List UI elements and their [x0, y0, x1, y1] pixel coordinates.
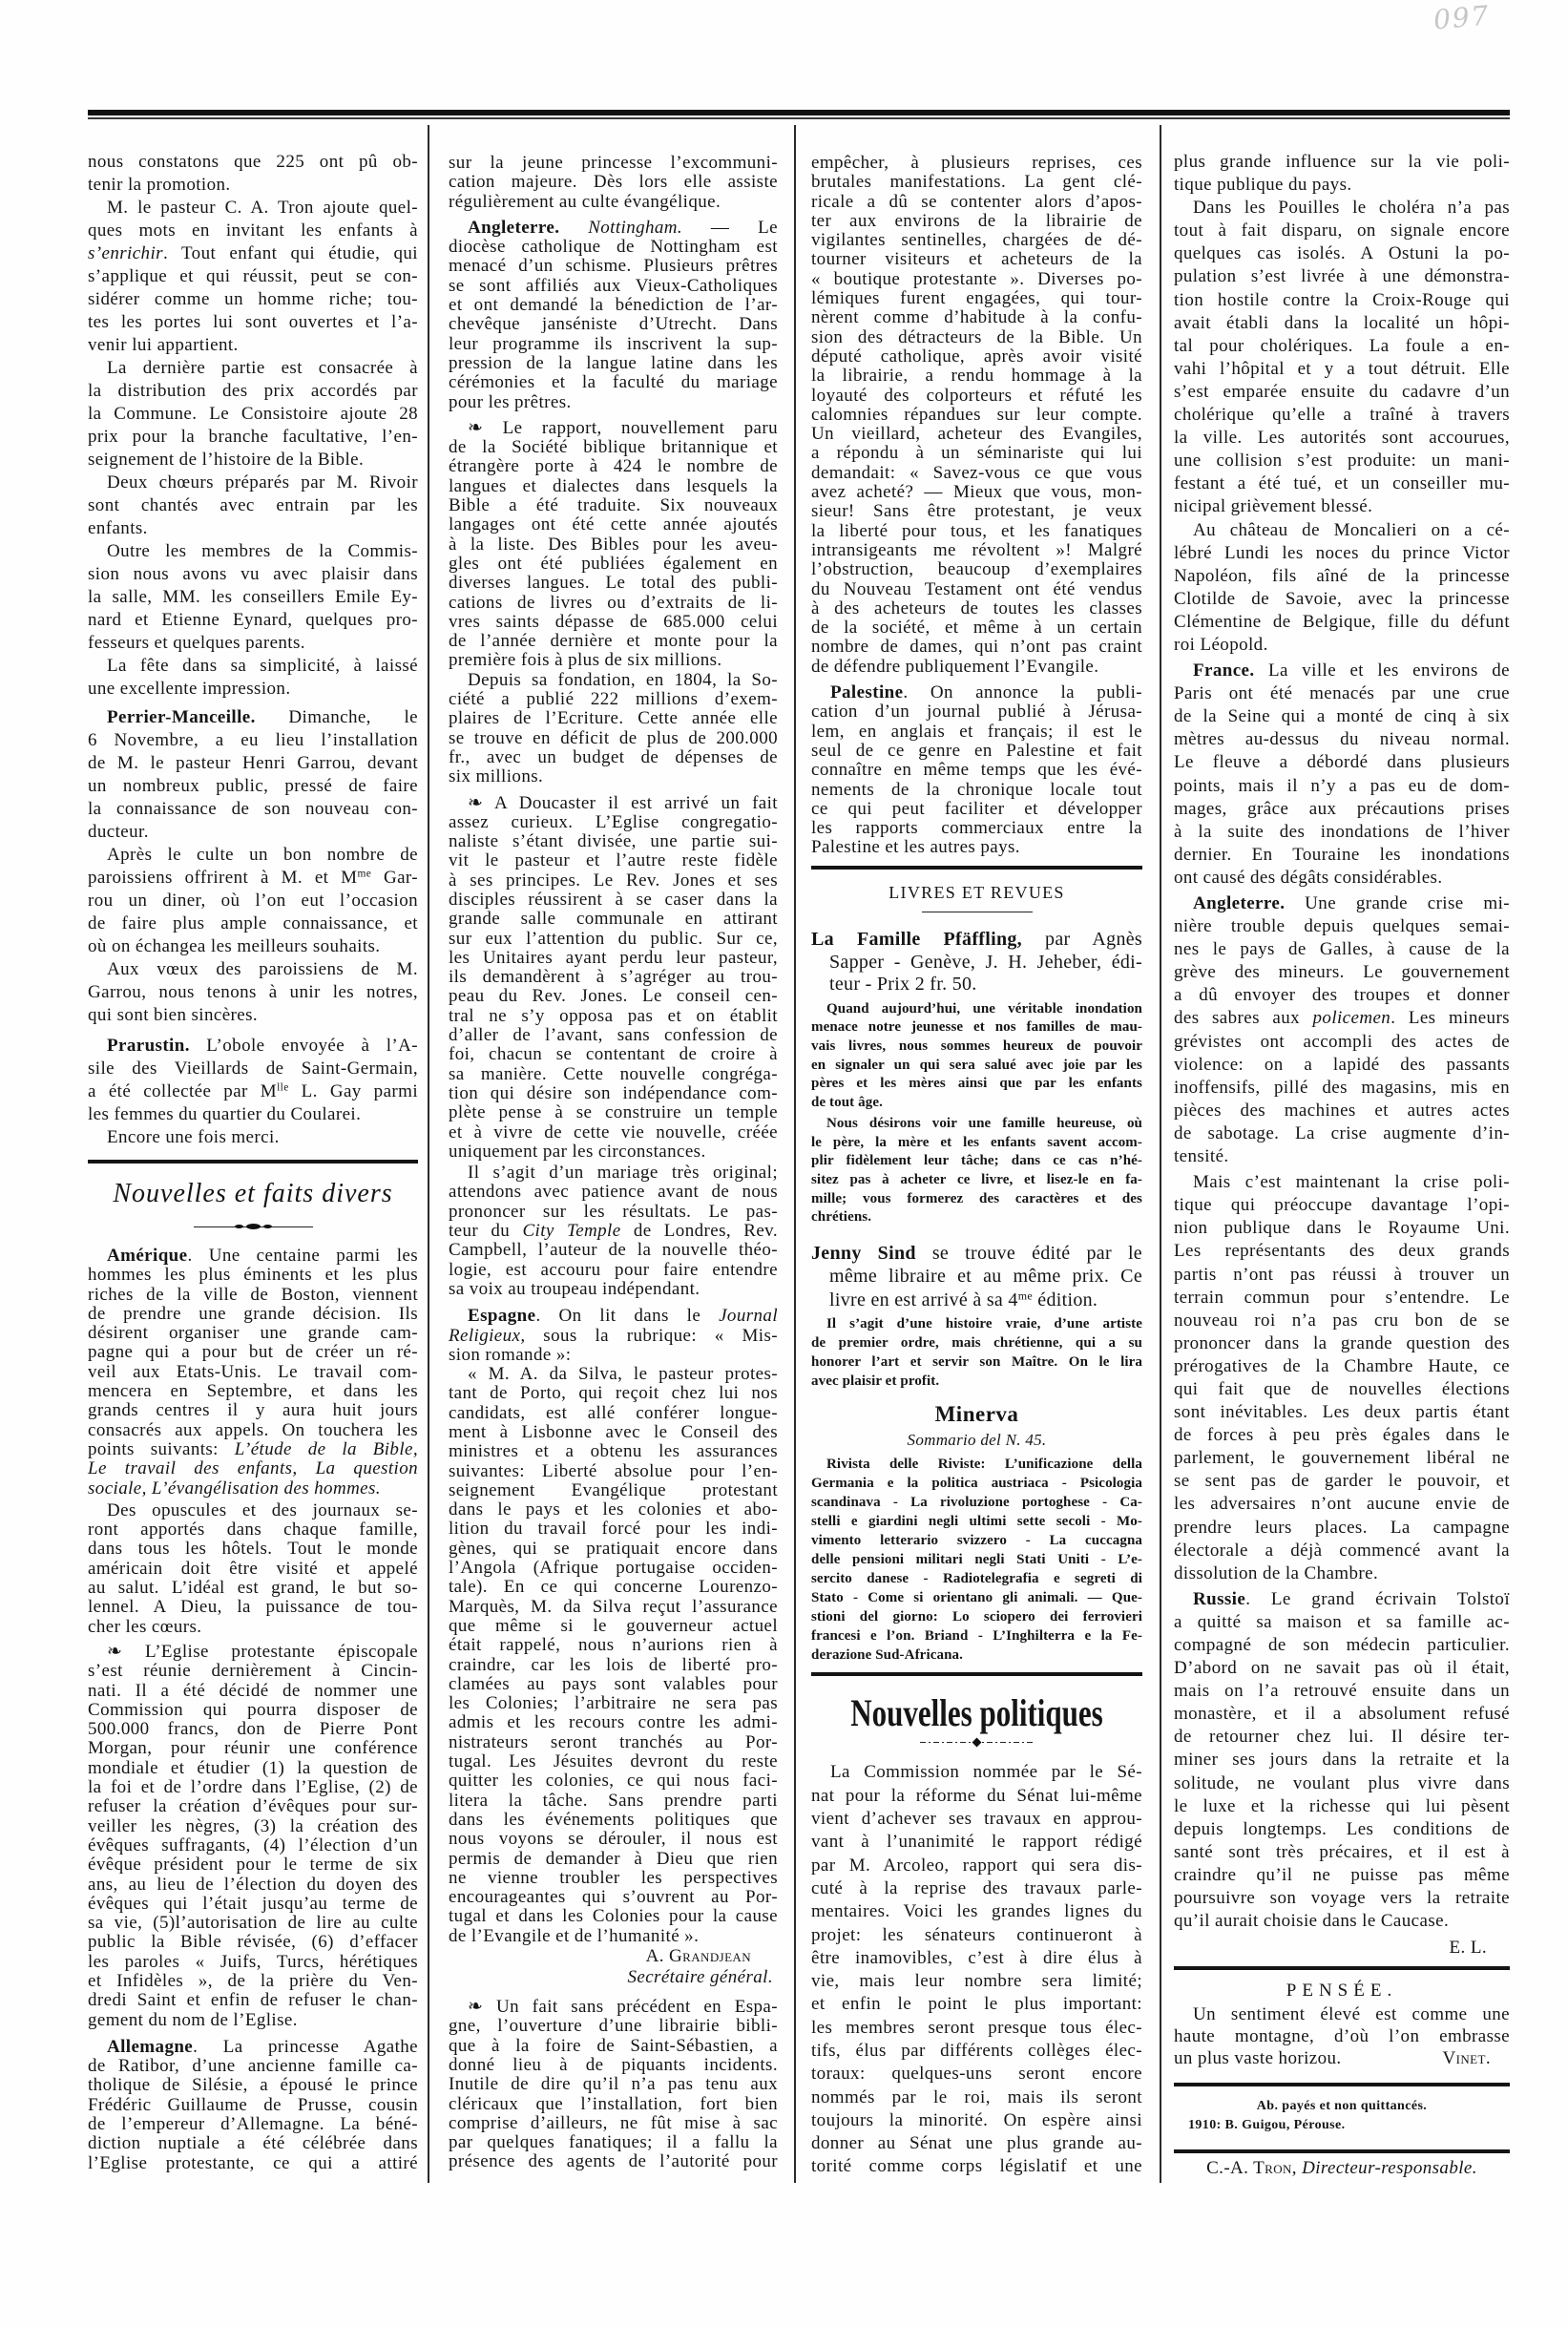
text-line: que même si le gouverneur actuel — [449, 1617, 778, 1636]
text-line: avait établi dans la localité un hôpi- — [1174, 312, 1510, 335]
text-line: demandait: « Savez-vous ce que vous — [811, 464, 1142, 483]
text-line: nombre de dames, qui n’ont pas craint — [811, 638, 1142, 657]
text-line: que à la foire de Saint-Sébastien, a — [449, 2037, 778, 2056]
text-line: La Commission nommée par le Sé- — [811, 1761, 1142, 1784]
text-line: évêques qui l’était jusqu’au terme de — [88, 1895, 418, 1914]
text-line: nes le pays de Galles, à cause de la — [1174, 938, 1510, 961]
section-rule — [88, 1160, 418, 1163]
paragraph: ❧ Un fait sans précédent en Espa-gne, l’… — [449, 1998, 778, 2172]
text-line: Frédéric Guillaume de Prusse, cousin — [88, 2096, 418, 2115]
text-line: 500.000 francs, don de Pierre Pont — [88, 1720, 418, 1739]
text-line: ils demandèrent à s’agréger au trou- — [449, 968, 778, 987]
text-line: Les représentants des deux grands — [1174, 1240, 1510, 1263]
text-line: sur eux l’attention du public. Sur ce, — [449, 930, 778, 949]
text-line: vahi l’hôpital et y a tout détruit. Elle — [1174, 358, 1510, 381]
text-line: a été collectée par Mlle L. Gay parmi — [88, 1080, 418, 1103]
author-initials: E. L. — [1174, 1938, 1510, 1959]
text-line: être inamovibles, c’est à dire élus à — [811, 1947, 1142, 1970]
text-run: sous la rubrique: « Mis- — [526, 1326, 779, 1346]
text-line: par quelques fanatiques; il a fallu la — [449, 2133, 778, 2152]
text-line: mentaires. Voici les grandes lignes du — [811, 1900, 1142, 1923]
text-line: la connaissance de son nouveau con- — [88, 798, 418, 821]
paragraph: M. le pasteur C. A. Tron ajoute quel-que… — [88, 197, 418, 357]
text-run: se trouve édité par le — [916, 1243, 1142, 1264]
section-heading-livres-revues: LIVRES ET REVUES — [811, 881, 1142, 904]
text-line: Un sentiment élevé est comme une — [1174, 2003, 1510, 2025]
text-line: teur du City Temple de Londres, Rev. — [449, 1222, 778, 1241]
text-line: américain doit être visité et appelé — [88, 1560, 418, 1579]
text-line: cation d’un journal publié à Jérusa- — [811, 702, 1142, 722]
text-line: refuser la création d’évêques pour sur- — [88, 1797, 418, 1816]
text-line: les membres seront presque tous élec- — [811, 2017, 1142, 2040]
text-line: menacé d’un schisme. Plusieurs prêtres — [449, 257, 778, 276]
text-line: chrétiens. — [811, 1208, 1142, 1227]
text-line: sur la jeune princesse l’excommuni- — [449, 154, 778, 173]
text-run: Religieux, — [449, 1326, 526, 1346]
text-line: tant de Porto, qui reçoit chez lui nos — [449, 1384, 778, 1403]
text-run: sociale, L’évangélisation des hommes. — [88, 1478, 381, 1499]
text-run: par Agnès — [1022, 929, 1142, 950]
review-contents: Rivista delle Riviste: L’unificazione de… — [811, 1455, 1142, 1665]
text-line: Religieux, sous la rubrique: « Mis- — [449, 1327, 778, 1346]
text-line: et enfin le point le plus important: — [811, 1993, 1142, 2016]
text-line: nicipal grièvement blessé. — [1174, 495, 1510, 518]
news-amerique: Amérique. Une centaine parmi leshommes l… — [88, 1247, 418, 1637]
text-line: tholique de Silésie, a épousé le prince — [88, 2076, 418, 2095]
text-line: Inutile de dire qu’il n’a pas tenu aux — [449, 2075, 778, 2094]
text-line: la librairie, a rendu hommage à la — [811, 367, 1142, 386]
text-line: tral ne s’y opposa pas et on établit — [449, 1007, 778, 1026]
text-line: Jenny Sind se trouve édité par le — [811, 1242, 1142, 1266]
text-line: uniquement par les circonstances. — [449, 1143, 778, 1162]
paragraph: Après le culte un bon nombre deparoissie… — [88, 844, 418, 958]
text-line: ducteur. — [88, 821, 418, 844]
text-run: . On annonce la publi- — [903, 682, 1142, 702]
text-line: de Ratibor, d’une ancienne famille ca- — [88, 2057, 418, 2076]
text-line: Le travail des enfants, La question — [88, 1459, 418, 1478]
lead-word: Jenny Sind — [811, 1243, 916, 1264]
text-line: Outre les membres de la Commis- — [88, 540, 418, 563]
text-line: sile des Vieillards de Saint-Germain, — [88, 1058, 418, 1080]
text-line: dans tous les hôtels. Tout le monde — [88, 1540, 418, 1559]
text-line: et Infidèles », de la prière du Ven- — [88, 1972, 418, 1991]
text-line: tal pour cholériques. La foule a en- — [1174, 335, 1510, 358]
text-line: de forces à peu près égales dans le — [1174, 1424, 1510, 1447]
text-line: vais livres, nous sommes heureux de pouv… — [811, 1038, 1142, 1057]
text-run: City Temple — [522, 1221, 620, 1241]
text-line: évêques suffragants, (4) l’élection d’un — [88, 1836, 418, 1855]
section-heading-faits-divers: Nouvelles et faits divers — [88, 1177, 418, 1211]
text-line: les paroles « Juifs, Turcs, hérétiques — [88, 1953, 418, 1972]
text-line: lémiques furent engagées, qui tour- — [811, 289, 1142, 308]
column-divider — [428, 125, 429, 2183]
text-line: ciété a publié 222 millions d’exem- — [449, 690, 778, 709]
text-line: pulation s’est livrée à une démonstra- — [1174, 265, 1510, 288]
text-line: tes les portes lui sont ouvertes et l’a- — [88, 311, 418, 334]
text-line: craindre qu’il ne puisse pas même — [1174, 1864, 1510, 1887]
text-line: vie, mais leur nombre sera limité; — [811, 1970, 1142, 1993]
text-line: torité comme corps législatif et une — [811, 2155, 1142, 2178]
director-name: C.-A. Tron, — [1206, 2158, 1297, 2178]
text-line: nouveau roi n’a pas cru bon de se — [1174, 1310, 1510, 1332]
text-line: dernier. En Touraine les inondations — [1174, 844, 1510, 867]
text-run: L. Gay parmi — [289, 1081, 418, 1101]
text-line: tion qui désire son indépendance com- — [449, 1084, 778, 1103]
text-line: nat pour la réforme du Sénat lui-même — [811, 1785, 1142, 1808]
news-episcopal-church: ❧ L’Eglise protestante épiscopales’est r… — [88, 1643, 418, 2030]
text-line: diocèse catholique de Nottingham est — [449, 238, 778, 257]
text-line: seignement Evangélique protestant — [449, 1481, 778, 1500]
text-line: de l’année dernière et monte pour la — [449, 632, 778, 651]
text-line: sont inévitables. Les deux partis étant — [1174, 1401, 1510, 1424]
text-line: cholérique qu’elle a traîné à travers — [1174, 404, 1510, 427]
text-line: nous constatons que 225 ont pû ob- — [88, 151, 418, 174]
text-line: sieur! Sans être protestant, je veux — [811, 502, 1142, 521]
text-line: rou un diner, où l’on eut l’occasion — [88, 890, 418, 912]
text-line: « boutique protestante ». Diverses po- — [811, 270, 1142, 289]
text-line: empêcher, à plusieurs reprises, ces — [811, 154, 1142, 173]
text-run: . Une centaine parmi les — [187, 1246, 418, 1266]
paragraph: Prarustin. L’obole envoyée à l’A-sile de… — [88, 1035, 418, 1126]
text-line: Garrou, nous tenons à unir les notres, — [88, 981, 418, 1004]
text-run: un plus vaste horizou. — [1174, 2048, 1342, 2068]
text-line: ne vienne troubler les perspectives — [449, 1869, 778, 1888]
text-line: ministres et a obtenu les assurances — [449, 1442, 778, 1461]
text-run: Le travail des enfants, La question — [88, 1458, 418, 1478]
paragraph: ❧ A Doucaster il est arrivé un faitassez… — [449, 794, 778, 1163]
text-line: les femmes du quartier du Coularei. — [88, 1103, 418, 1126]
text-run: de Londres, Rev. — [621, 1221, 778, 1241]
paragraph: nous constatons que 225 ont pû ob-tenir … — [88, 151, 418, 197]
text-line: qu’il aurait choisie dans le Caucase. — [1174, 1910, 1510, 1933]
text-line: La fête dans sa simplicité, à laissé — [88, 655, 418, 678]
text-line: Allemagne. La princesse Agathe — [88, 2038, 418, 2057]
text-line: lébré Lundi les noces du prince Victor — [1174, 542, 1510, 565]
text-run: paroissiens offrirent à M. et M — [88, 868, 357, 888]
text-line: comprise d’ailleurs, ne fût mise à sac — [449, 2114, 778, 2133]
text-line: à la liste. Des Bibles pour les aveu- — [449, 535, 778, 555]
text-line: le luxe et la richesse qui lui pèsent — [1174, 1795, 1510, 1818]
text-line: gne, l’ouverture d’une librairie bibli- — [449, 2017, 778, 2036]
text-line: grève des mineurs. Le gouvernement — [1174, 961, 1510, 984]
text-line: député catholique, après avoir visité — [811, 347, 1142, 367]
text-line: même libraire et au même prix. Ce — [811, 1265, 1142, 1289]
text-line: projet: les sénateurs continueront à — [811, 1924, 1142, 1947]
text-line: tugal. Les Jésuites devront du reste — [449, 1752, 778, 1771]
text-line: de retourner chez lui. Il désire ter- — [1174, 1726, 1510, 1749]
text-line: honorer l’art et servir son Maître. On l… — [811, 1352, 1142, 1372]
text-run: me — [357, 869, 371, 880]
text-line: de M. le pasteur Henri Garrou, devant — [88, 752, 418, 775]
article-prize-distribution-continued: nous constatons que 225 ont pû ob-tenir … — [88, 151, 418, 701]
text-run: La ville et les environs de — [1255, 660, 1510, 681]
ornament-dot — [246, 1224, 261, 1229]
text-line: cations de livres ou d’extraits de li- — [449, 594, 778, 613]
news-bookshop-continued: empêcher, à plusieurs reprises, cesbruta… — [811, 154, 1142, 677]
text-run: édition. — [1033, 1289, 1098, 1310]
text-line: Il s’agit d’un mariage très original; — [449, 1163, 778, 1183]
text-line: Le fleuve a débordé dans plusieurs — [1174, 751, 1510, 774]
text-line: sa manière. Cette nouvelle congréga- — [449, 1065, 778, 1084]
text-line: tenir la promotion. — [88, 174, 418, 197]
text-line: stioni del giorno: Lo sciopero dei ferro… — [811, 1607, 1142, 1626]
text-line: Morgan, pour réunir une conférence — [88, 1739, 418, 1758]
text-line: où on échangea les meilleurs souhaits. — [88, 935, 418, 958]
text-line: lennel. A Dieu, la puissance de tou- — [88, 1598, 418, 1617]
paragraph: Outre les membres de la Commis-sion nous… — [88, 540, 418, 655]
text-line: La Famille Pfäffling, par Agnès — [811, 929, 1142, 952]
text-line: en signaler un qui sera salué avec joie … — [811, 1057, 1142, 1076]
handwritten-page-number: 097 — [1432, 0, 1492, 36]
text-line: seignement de l’histoire de la Bible. — [88, 449, 418, 472]
text-line: chevêque janséniste d’Utrecht. Dans — [449, 315, 778, 334]
text-run: Nottingham. — [588, 218, 682, 238]
text-line: étrangère porte à 424 le nombre de — [449, 457, 778, 476]
text-run: . On lit dans le — [535, 1306, 719, 1326]
section-rule — [811, 1672, 1142, 1676]
text-line: Des opuscules et des journaux se- — [88, 1501, 418, 1520]
news-italy-continued: plus grande influence sur la vie poli-ti… — [1174, 151, 1510, 657]
paragraph: sur la jeune princesse l’excommuni-catio… — [449, 154, 778, 212]
text-line: ❧ A Doucaster il est arrivé un fait — [449, 794, 778, 813]
text-line: Angleterre. Nottingham. — Le — [449, 219, 778, 238]
text-line: ricale a dû se contenter alors d’apos- — [811, 193, 1142, 212]
paragraph: Encore une fois merci. — [88, 1126, 418, 1149]
text-line: Un vieillard, acheteur des Evangiles, — [811, 425, 1142, 444]
subscription-notice-title: Ab. payés et non quittancés. — [1174, 2097, 1510, 2116]
text-line: ans, au lieu de l’élection du doyen des — [88, 1876, 418, 1895]
text-line: mais on l’a retrouvé ensuite dans un — [1174, 1680, 1510, 1703]
text-line: menace notre jeunesse et nos familles de… — [811, 1018, 1142, 1038]
text-line: ❧ L’Eglise protestante épiscopale — [88, 1643, 418, 1662]
lead-word: Espagne — [468, 1306, 535, 1326]
text-line: peau du Rev. Jones. Le conseil cen- — [449, 987, 778, 1006]
text-line: tion hostile contre la Croix-Rouge qui — [1174, 289, 1510, 312]
text-line: dredi Saint et enfin de refuser le chan- — [88, 1991, 418, 2010]
section-heading-nouvelles-politiques: Nouvelles politiques — [811, 1689, 1142, 1738]
text-run: . Le grand écrivain Tolstoï — [1245, 1589, 1510, 1609]
text-line: calomnies répandues sur leur compte. — [811, 406, 1142, 425]
text-line: Marquès, M. da Silva reçut l’assurance — [449, 1598, 778, 1617]
text-line: sion nous avons vu avec plaisir dans — [88, 563, 418, 586]
text-run: points suivants: — [88, 1439, 235, 1459]
paragraph: La fête dans sa simplicité, à laisséune … — [88, 655, 418, 701]
section-rule — [1174, 2149, 1510, 2153]
text-line: de sabotage. La crise augmente d’in- — [1174, 1122, 1510, 1145]
text-line: Il s’agit d’une histoire vraie, d’une ar… — [811, 1314, 1142, 1333]
text-line: fr., avec un budget de dépenses de — [449, 748, 778, 767]
text-line: et à vivre de cette vie nouvelle, créée — [449, 1123, 778, 1143]
text-run: policemen — [1313, 1008, 1391, 1028]
text-line: de l’empereur d’Allemagne. La béné- — [88, 2115, 418, 2134]
text-line: depuis longtemps. Les conditions de — [1174, 1818, 1510, 1841]
text-line: pour les prêtres. — [449, 393, 778, 412]
text-line: nière trouble depuis quelques semai- — [1174, 915, 1510, 938]
text-line: vient d’achever ses travaux en approu- — [811, 1808, 1142, 1831]
text-line: le père, la mère et les enfants savent a… — [811, 1134, 1142, 1153]
text-line: s’est réunie dernièrement à Cincin- — [88, 1662, 418, 1681]
text-line: toujours la minorité. On espère ainsi — [811, 2109, 1142, 2132]
text-line: à des acheteurs de toutes les classes — [811, 599, 1142, 618]
text-line: Stato - Come si orientano gli animali. —… — [811, 1588, 1142, 1607]
paragraph: Depuis sa fondation, en 1804, la So-ciét… — [449, 671, 778, 787]
text-line: mètres au-dessus du niveau normal. — [1174, 728, 1510, 751]
text-line: sidérer comme un homme riche; tou- — [88, 288, 418, 311]
text-line: tale). En ce qui concerne Lourenzo- — [449, 1578, 778, 1597]
paragraph: Angleterre. Une grande crise mi-nière tr… — [1174, 892, 1510, 1168]
news-angleterre-strike: Angleterre. Une grande crise mi-nière tr… — [1174, 892, 1510, 1585]
text-line: Amérique. Une centaine parmi les — [88, 1247, 418, 1266]
text-line: diverses langues. Le total des publi- — [449, 574, 778, 593]
text-line: un plus vaste horizou.Vinet. — [1174, 2047, 1510, 2069]
text-line: de premier ordre, mais chrétienne, qui a… — [811, 1333, 1142, 1352]
text-run: livre en est arrivé à sa 4 — [829, 1289, 1018, 1310]
paragraph: Russie. Le grand écrivain Tolstoïa quitt… — [1174, 1588, 1510, 1933]
paragraph: La Famille Pfäffling, par AgnèsSapper - … — [811, 929, 1142, 996]
text-line: Clotilde de Savoie, avec la princesse — [1174, 588, 1510, 611]
text-line: public la Bible révisée, (6) d’effacer — [88, 1933, 418, 1952]
text-line: ques mots en invitant les enfants à — [88, 220, 418, 242]
paragraph: « M. A. da Silva, le pasteur protes-tant… — [449, 1365, 778, 1946]
text-line: tensité. — [1174, 1145, 1510, 1168]
news-espagne: Espagne. On lit dans le JournalReligieux… — [449, 1307, 778, 1946]
text-line: assez curieux. L’Eglise congregatio- — [449, 813, 778, 832]
text-line: gles ont été publiées également en — [449, 555, 778, 574]
text-line: la distribution des prix accordés par — [88, 380, 418, 403]
text-line: l’Angola (Afrique portugaise occiden- — [449, 1559, 778, 1578]
text-line: s’enrichir. Tout enfant qui étudie, qui — [88, 242, 418, 265]
text-line: de la société, et même à un certain — [811, 618, 1142, 638]
text-line: points, mais il n’y a pas eu de dom- — [1174, 775, 1510, 798]
text-line: une collision s’est produite: un mani- — [1174, 450, 1510, 472]
lead-word: Prarustin. — [107, 1036, 190, 1056]
column-1: nous constatons que 225 ont pû ob-tenir … — [88, 151, 418, 2173]
lead-word: Perrier-Manceille. — [107, 707, 256, 727]
text-line: foi, chacun se contentant de croire à — [449, 1045, 778, 1064]
text-line: donner au Sénat une plus grande au- — [811, 2132, 1142, 2155]
text-line: clamées au pays sont valables pour — [449, 1675, 778, 1694]
paragraph: Palestine. On annonce la publi-cation d’… — [811, 683, 1142, 858]
paragraph: Amérique. Une centaine parmi leshommes l… — [88, 1247, 418, 1499]
text-run: Journal — [719, 1306, 778, 1326]
text-run: a été collectée par M — [88, 1081, 277, 1101]
paragraph: Des opuscules et des journaux se-ront ap… — [88, 1501, 418, 1637]
text-line: Rivista delle Riviste: L’unificazione de… — [811, 1455, 1142, 1474]
ornament-divider — [920, 1738, 1035, 1746]
text-line: régulièrement au culte évangélique. — [449, 193, 778, 212]
text-line: se trouve en déficit de plus de 200.000 — [449, 729, 778, 748]
short-rule — [922, 912, 1033, 913]
text-line: s’applique et qui réussit, peut se con- — [88, 265, 418, 288]
text-line: scandinava - La rivoluzione portoghese -… — [811, 1493, 1142, 1512]
lead-word: Amérique — [107, 1246, 187, 1266]
text-line: pression de la langue latine dans les — [449, 354, 778, 373]
text-line: de faire plus ample connaissance, et — [88, 912, 418, 935]
text-line: delle pensioni militari negli Stati Unit… — [811, 1550, 1142, 1569]
text-line: la ville. Les autorités sont accourues, — [1174, 427, 1510, 450]
paragraph: La Commission nommée par le Sé-nat pour … — [811, 1761, 1142, 2178]
quote-author: Vinet. — [1443, 2047, 1491, 2069]
text-line: s’est emparée ensuite du cadavre d’un — [1174, 381, 1510, 404]
text-line: évêque président pour le terme de six — [88, 1855, 418, 1875]
paragraph: Espagne. On lit dans le JournalReligieux… — [449, 1307, 778, 1365]
text-line: hommes les plus éminents et les plus — [88, 1266, 418, 1285]
text-line: de la Seine qui a monté de cinq à six — [1174, 705, 1510, 728]
text-line: nion publique dans le Royaume Uni. — [1174, 1217, 1510, 1240]
text-run: Dimanche, le — [256, 707, 418, 727]
text-line: sercito danese - Radiotelegrafia e segre… — [811, 1569, 1142, 1588]
text-line: ment à Lisbonne avec le Conseil des — [449, 1423, 778, 1442]
text-line: vant à l’unanimité le rapport rédigé — [811, 1831, 1142, 1854]
text-line: Perrier-Manceille. Dimanche, le — [88, 706, 418, 729]
subscription-notice-line: 1910: B. Guigou, Pérouse. — [1174, 2116, 1510, 2135]
column-divider — [794, 125, 796, 2183]
text-line: loyauté des colporteurs et réfuté les — [811, 387, 1142, 406]
text-line: encourageantes qui s’ouvrent au Por- — [449, 1888, 778, 1907]
text-line: avec plaisir et profit. — [811, 1372, 1142, 1391]
text-line: tique qui préoccupe davantage l’opi- — [1174, 1194, 1510, 1217]
text-line: Sapper - Genève, J. H. Jeheber, édi- — [811, 952, 1142, 975]
text-line: nati. Il a été décidé de nommer une — [88, 1682, 418, 1701]
text-line: qui sont bien sincères. — [88, 1004, 418, 1027]
text-line: dissolution de la Chambre. — [1174, 1562, 1510, 1585]
news-allemagne: Allemagne. La princesse Agathede Ratibor… — [88, 2038, 418, 2173]
text-line: plir fidèlement leur tâche; dans ce cas … — [811, 1152, 1142, 1171]
text-line: nements de la chronique locale tout — [811, 781, 1142, 800]
text-line: permis de demander à Dieu que rien — [449, 1850, 778, 1869]
paragraph: Il s’agit d’un mariage très original;att… — [449, 1163, 778, 1299]
paragraph: Perrier-Manceille. Dimanche, le6 Novembr… — [88, 706, 418, 844]
section-rule — [1174, 1966, 1510, 1970]
text-line: de tout âge. — [811, 1094, 1142, 1113]
text-line: sion romande »: — [449, 1346, 778, 1365]
text-line: la foi et de l’ordre dans l’Eglise, (2) … — [88, 1778, 418, 1797]
text-run: me — [1018, 1289, 1033, 1302]
text-line: riches de la ville de Boston, viennent — [88, 1286, 418, 1305]
text-line: fesseurs et quelques parents. — [88, 632, 418, 655]
text-line: stelli e giardini negli ultimi sette sec… — [811, 1512, 1142, 1531]
column-4: plus grande influence sur la vie poli-ti… — [1174, 151, 1510, 2179]
pensee-quote: Un sentiment élevé est comme unehaute mo… — [1174, 2003, 1510, 2069]
masthead-rule — [88, 110, 1510, 115]
text-line: la salle, MM. les conseillers Emile Ey- — [88, 586, 418, 609]
paragraph: ❧ L’Eglise protestante épiscopales’est r… — [88, 1643, 418, 2030]
text-line: les Colonies; l’arbitraire ne sera pas — [449, 1694, 778, 1713]
text-line: suivantes: Liberté absolue pour l’en- — [449, 1462, 778, 1481]
text-line: sion des détracteurs de la Bible. Un — [811, 328, 1142, 347]
text-line: mages, grâce aux précautions prises — [1174, 798, 1510, 821]
text-line: consacrés aux appels. On touchera les — [88, 1421, 418, 1440]
text-line: tique publique du pays. — [1174, 174, 1510, 197]
text-line: seul de ce genre en Palestine et fait — [811, 742, 1142, 761]
text-line: désirent organiser une grande cam- — [88, 1324, 418, 1343]
section-heading-pensee: PENSÉE. — [1174, 1981, 1510, 2002]
text-line: Espagne. On lit dans le Journal — [449, 1307, 778, 1326]
text-line: Aux vœux des paroissiens de M. — [88, 958, 418, 981]
text-line: Germania e la politica austriaca - Psico… — [811, 1474, 1142, 1493]
text-line: un nombreux public, pressé de faire — [88, 775, 418, 798]
text-line: haute montagne, d’où l’on embrasse — [1174, 2025, 1510, 2047]
column-divider — [1160, 125, 1161, 2183]
news-doucaster: ❧ A Doucaster il est arrivé un faitassez… — [449, 794, 778, 1300]
column-2: sur la jeune princesse l’excommuni-catio… — [449, 154, 778, 2172]
paragraph: Dans les Pouilles le choléra n’a pastout… — [1174, 197, 1510, 518]
lead-word: Russie — [1193, 1589, 1245, 1609]
news-prarustin: Prarustin. L’obole envoyée à l’A-sile de… — [88, 1035, 418, 1149]
text-line: plète pense à se construire un temple — [449, 1103, 778, 1122]
signature-name: A. Grandjean — [449, 1946, 778, 1967]
text-line: tourner visiteurs et acheteurs de la — [811, 250, 1142, 269]
